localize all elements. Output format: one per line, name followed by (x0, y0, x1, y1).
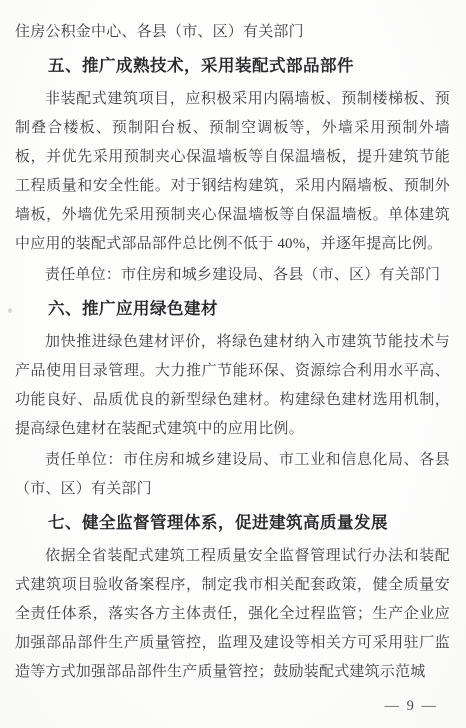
section-5-responsible-unit: 责任单位：市住房和城乡建设局、各县（市、区）有关部门 (15, 261, 450, 290)
section-5-heading: 五、推广成熟技术，采用装配式部品部件 (15, 52, 450, 81)
section-6-responsible-unit: 责任单位：市住房和城乡建设局、市工业和信息化局、各县（市、区）有关部门 (15, 446, 450, 504)
section-7-heading: 七、健全监督管理体系，促进建筑高质量发展 (15, 509, 450, 538)
page-number: — 9 — (385, 698, 439, 714)
section-6-paragraph: 加快推进绿色建材评价，将绿色建材纳入市建筑节能技术与产品使用目录管理。大力推广节… (15, 328, 450, 444)
continuation-line: 住房公积金中心、各县（市、区）有关部门 (15, 18, 450, 47)
document-page: 住房公积金中心、各县（市、区）有关部门 五、推广成熟技术，采用装配式部品部件 非… (0, 0, 466, 728)
section-5-paragraph: 非装配式建筑项目，应积极采用内隔墙板、预制楼梯板、预制叠合楼板、预制阳台板、预制… (15, 85, 450, 259)
scan-artifact-dot (8, 308, 12, 313)
section-7-paragraph: 依据全省装配式建筑工程质量安全监督管理试行办法和装配式建筑项目验收备案程序，制定… (15, 542, 450, 687)
section-6-heading: 六、推广应用绿色建材 (15, 295, 450, 324)
